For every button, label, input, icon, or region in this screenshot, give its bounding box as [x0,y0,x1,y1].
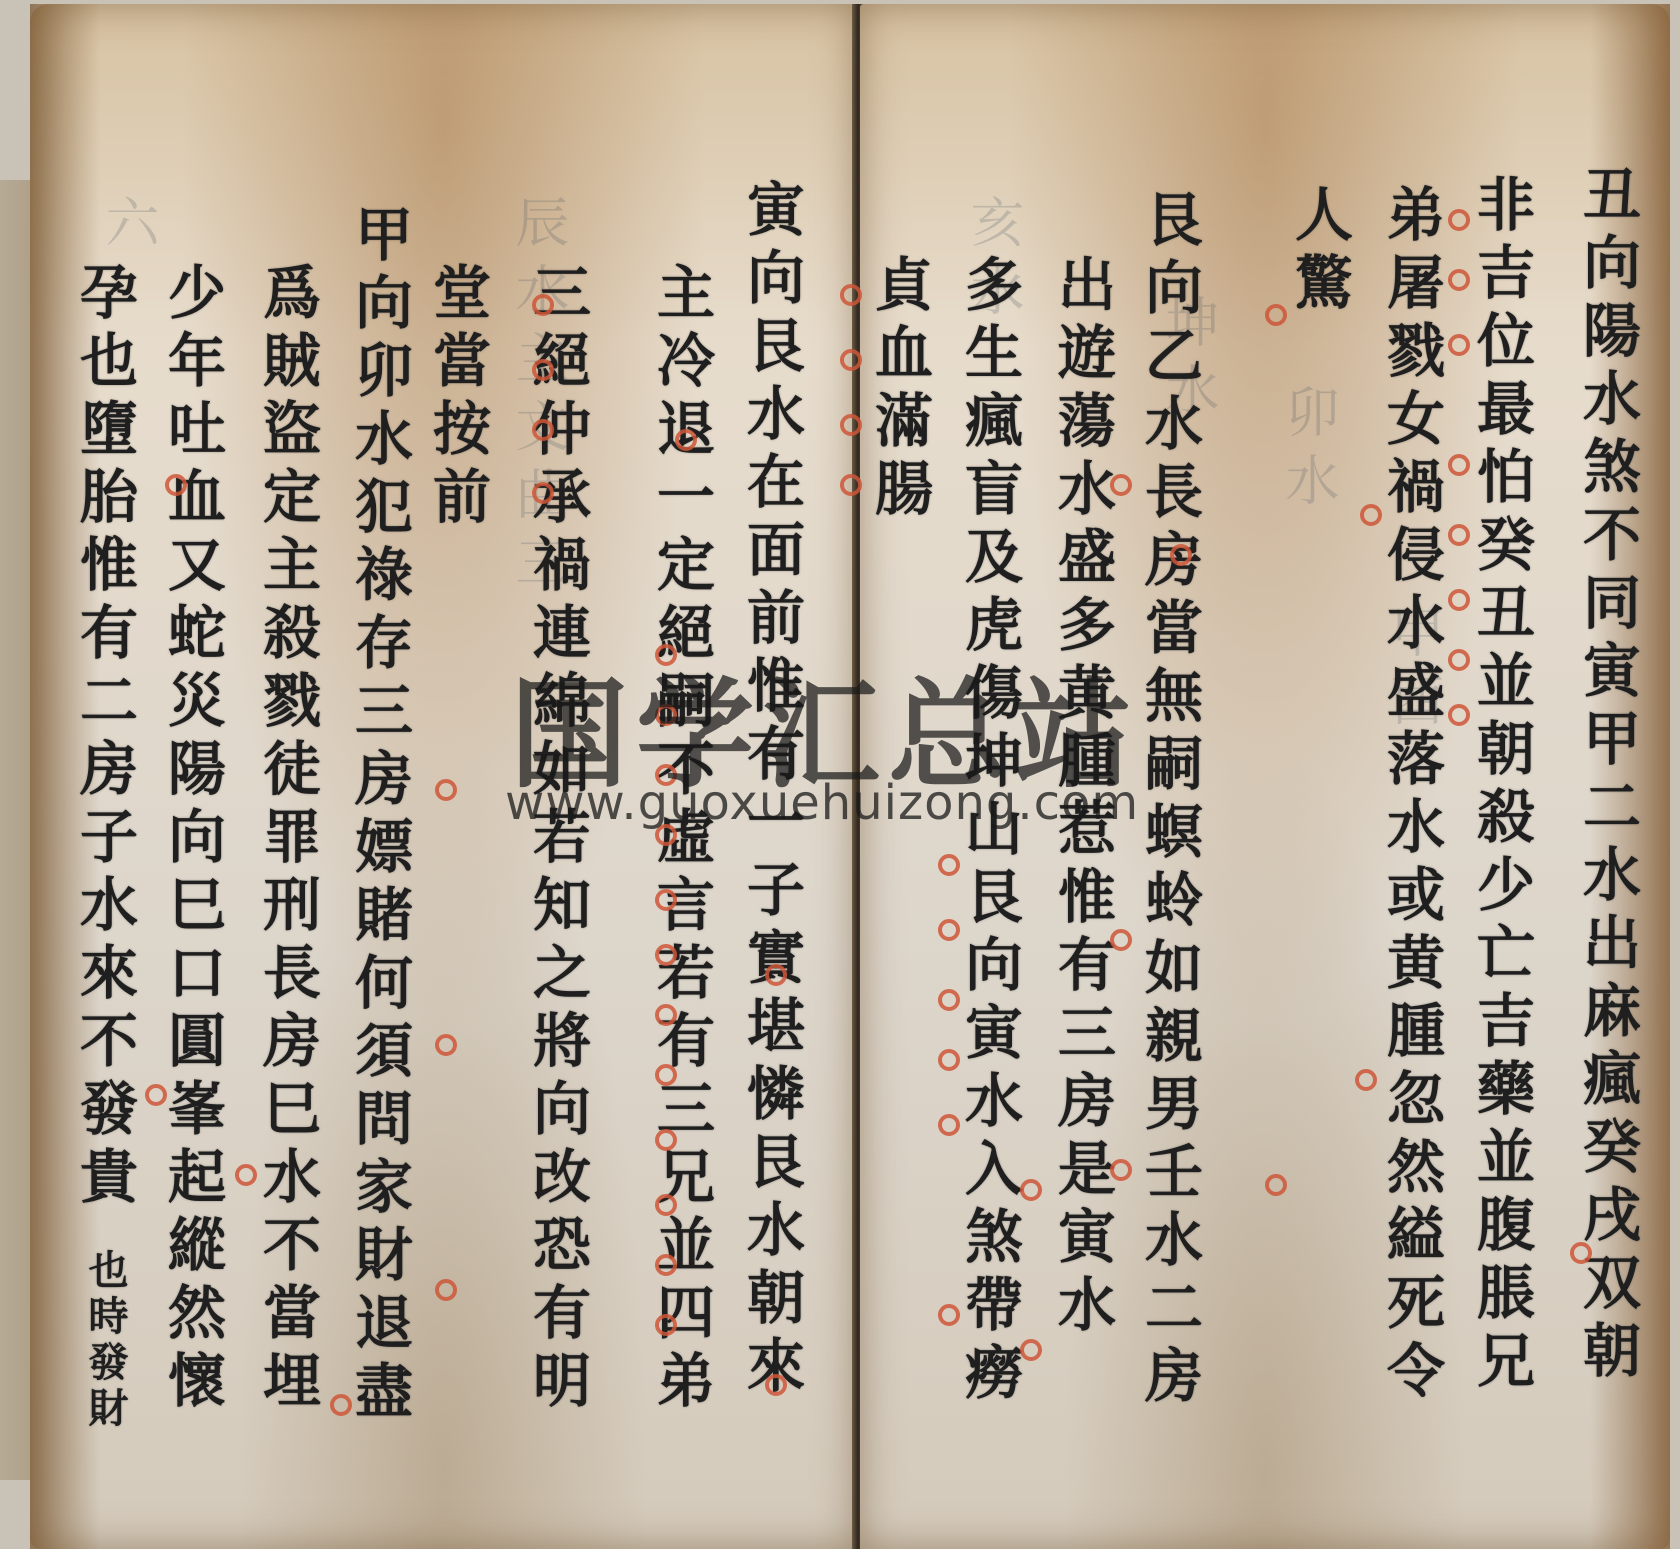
text-column: 貞血滿腸 [870,254,928,526]
punctuation-circle [1110,474,1132,496]
text-column: 弟屠戮女禍侵水盛落水或黄腫忽然縊死令 [1382,184,1440,1408]
punctuation-circle [235,1164,257,1186]
watermark-url: www.guoxuehuizong.com [505,775,1139,831]
punctuation-circle [765,964,787,986]
punctuation-circle [938,1049,960,1071]
punctuation-circle [655,944,677,966]
punctuation-circle [435,779,457,801]
punctuation-circle [938,1114,960,1136]
punctuation-circle [655,1004,677,1026]
punctuation-circle [1448,454,1470,476]
punctuation-circle [1448,269,1470,291]
text-column: 甲向卯水犯祿存三房嫖賭何須問家財退盡 [350,204,408,1428]
text-column: 堂當按前 [428,262,486,534]
punctuation-circle [1020,1179,1042,1201]
punctuation-circle [1448,649,1470,671]
punctuation-circle [1570,1242,1592,1264]
punctuation-circle [765,1374,787,1396]
punctuation-circle [1170,544,1192,566]
punctuation-circle [1448,334,1470,356]
punctuation-circle [1448,589,1470,611]
text-column: 丑向陽水煞不同寅甲二水出麻瘋癸戌双朝 [1578,164,1636,1388]
text-column-annotation: 也時發財 [85,1249,125,1433]
text-column: 非吉位最怕癸丑並朝殺少亡吉藥並腹脹兄 [1472,174,1530,1398]
punctuation-circle [435,1034,457,1056]
punctuation-circle [655,1129,677,1151]
text-column: 爲賊盜定主殺戮徒罪刑長房巳水不當埋 [258,262,316,1418]
text-column: 少年吐血又蛇災陽向巳口圓峯起縱然懷 [163,262,221,1418]
punctuation-circle [532,482,554,504]
text-column: 人驚 [1290,184,1348,320]
text-column: 孕也墮胎惟有二房子水來不發貴 [75,262,133,1214]
punctuation-circle [938,989,960,1011]
punctuation-circle [435,1279,457,1301]
punctuation-circle [938,854,960,876]
punctuation-circle [1265,304,1287,326]
punctuation-circle [532,359,554,381]
punctuation-circle [330,1394,352,1416]
punctuation-circle [1020,1339,1042,1361]
punctuation-circle [1360,504,1382,526]
punctuation-circle [655,889,677,911]
punctuation-circle [675,429,697,451]
punctuation-circle [532,419,554,441]
punctuation-circle [938,1304,960,1326]
punctuation-circle [1355,1069,1377,1091]
punctuation-circle [655,1064,677,1086]
punctuation-circle [840,474,862,496]
punctuation-circle [1110,929,1132,951]
punctuation-circle [655,1194,677,1216]
bleed-through-text: 六 [90,194,167,262]
punctuation-circle [840,349,862,371]
punctuation-circle [532,294,554,316]
bleed-through-text: 卯水 [1270,384,1347,520]
punctuation-circle [938,919,960,941]
punctuation-circle [840,414,862,436]
punctuation-circle [1448,704,1470,726]
punctuation-circle [655,1314,677,1336]
punctuation-circle [840,284,862,306]
punctuation-circle [1448,524,1470,546]
text-column: 多生瘋盲及虎傷坤山艮向寅水入煞帶癆 [960,254,1018,1410]
punctuation-circle [1448,209,1470,231]
punctuation-circle [145,1084,167,1106]
punctuation-circle [1110,1159,1132,1181]
text-column: 艮向乙水長房當無嗣螟蛉如親男壬水二房 [1140,189,1198,1413]
punctuation-circle [165,474,187,496]
punctuation-circle [655,1254,677,1276]
punctuation-circle [1265,1174,1287,1196]
